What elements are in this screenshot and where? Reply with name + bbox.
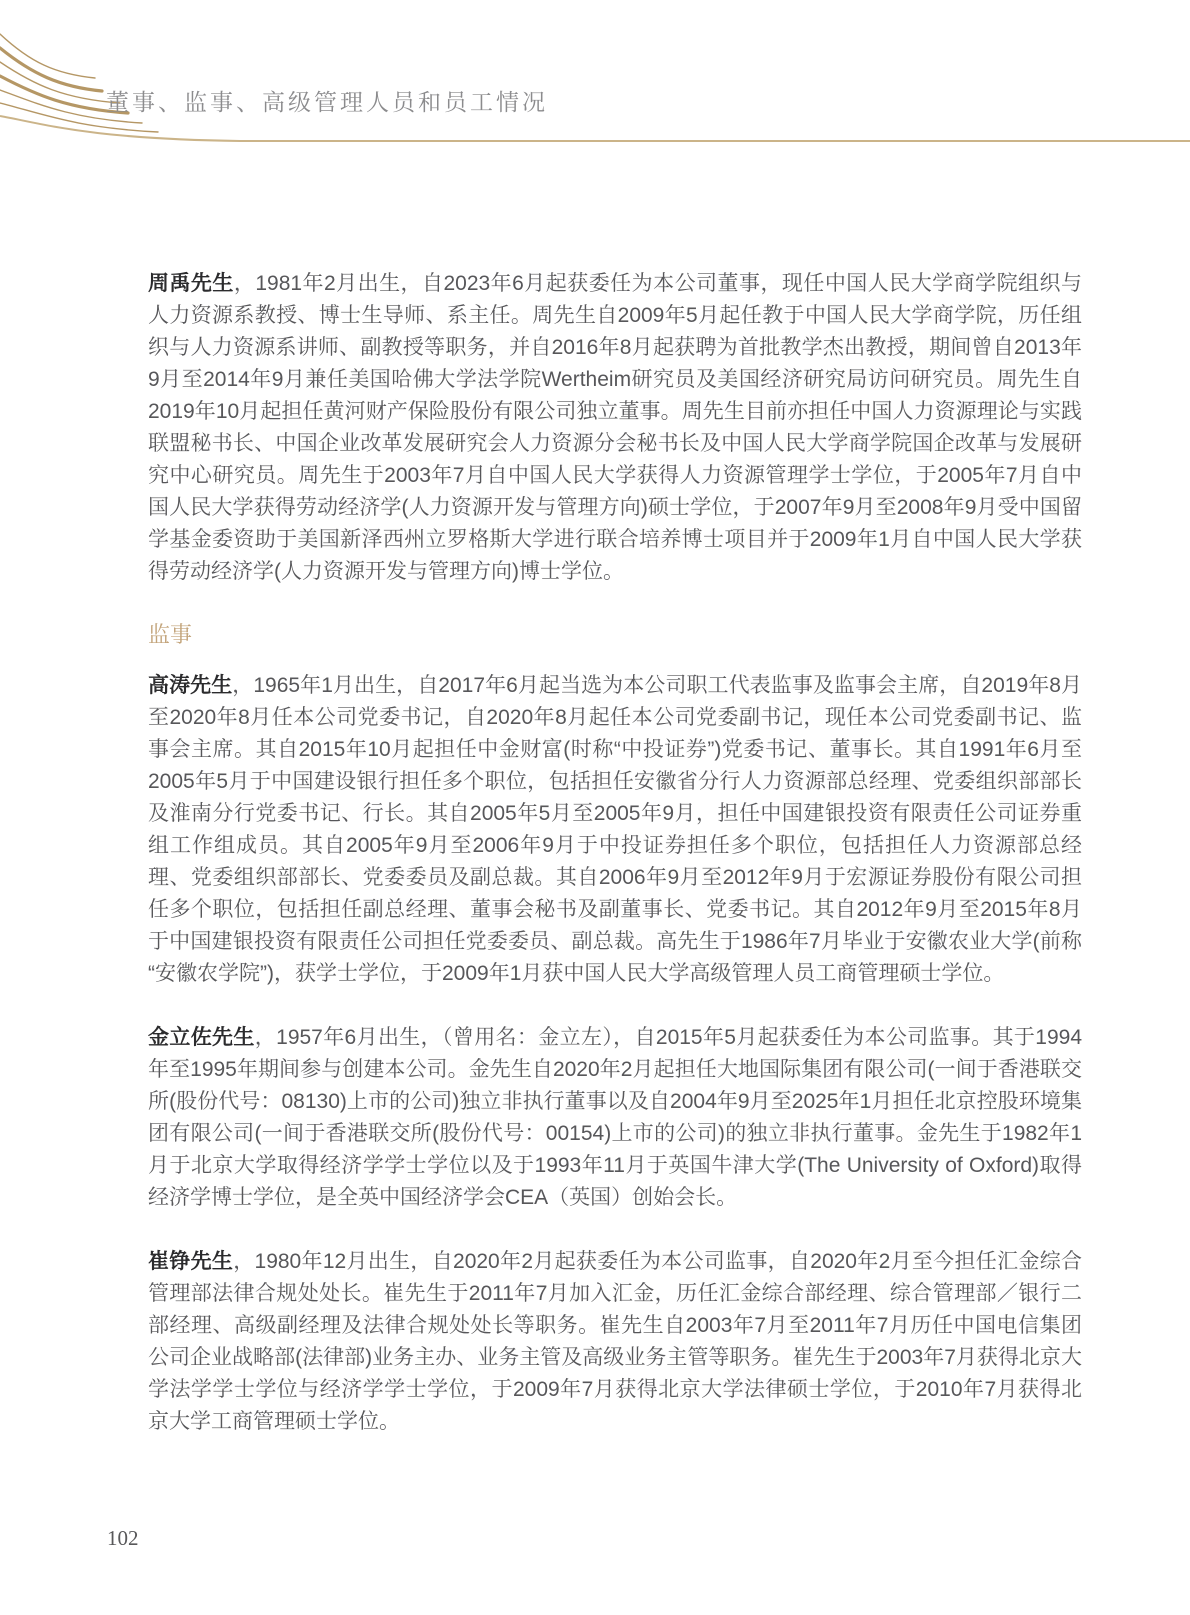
person-name-jin-lizuo: 金立佐先生: [148, 1026, 255, 1049]
person-name-cui-zheng: 崔铮先生: [148, 1250, 233, 1273]
section-heading-supervisors: 监事: [148, 620, 1082, 650]
page-title: 董事、监事、高级管理人员和员工情况: [106, 84, 548, 117]
bio-paragraph-zhou-yu: 周禹先生，1981年2月出生，自2023年6月起获委任为本公司董事，现任中国人民…: [148, 268, 1082, 588]
person-name-gao-tao: 高涛先生: [148, 674, 232, 697]
bio-paragraph-gao-tao: 高涛先生，1965年1月出生，自2017年6月起当选为本公司职工代表监事及监事会…: [148, 670, 1082, 990]
bio-text-cui-zheng: ，1980年12月出生，自2020年2月起获委任为本公司监事，自2020年2月至…: [148, 1250, 1082, 1433]
bio-text-zhou-yu: ，1981年2月出生，自2023年6月起获委任为本公司董事，现任中国人民大学商学…: [148, 272, 1082, 583]
bio-text-gao-tao: ，1965年1月出生，自2017年6月起当选为本公司职工代表监事及监事会主席，自…: [148, 674, 1082, 985]
bio-paragraph-jin-lizuo: 金立佐先生，1957年6月出生，（曾用名：金立左），自2015年5月起获委任为本…: [148, 1022, 1082, 1214]
content-area: 周禹先生，1981年2月出生，自2023年6月起获委任为本公司董事，现任中国人民…: [148, 268, 1082, 1470]
page-number: 102: [107, 1526, 139, 1551]
bio-paragraph-cui-zheng: 崔铮先生，1980年12月出生，自2020年2月起获委任为本公司监事，自2020…: [148, 1246, 1082, 1438]
person-name-zhou-yu: 周禹先生: [148, 272, 234, 295]
gold-swoosh-decoration: [0, 0, 1190, 160]
bio-text-jin-lizuo: ，1957年6月出生，（曾用名：金立左），自2015年5月起获委任为本公司监事。…: [148, 1026, 1082, 1209]
